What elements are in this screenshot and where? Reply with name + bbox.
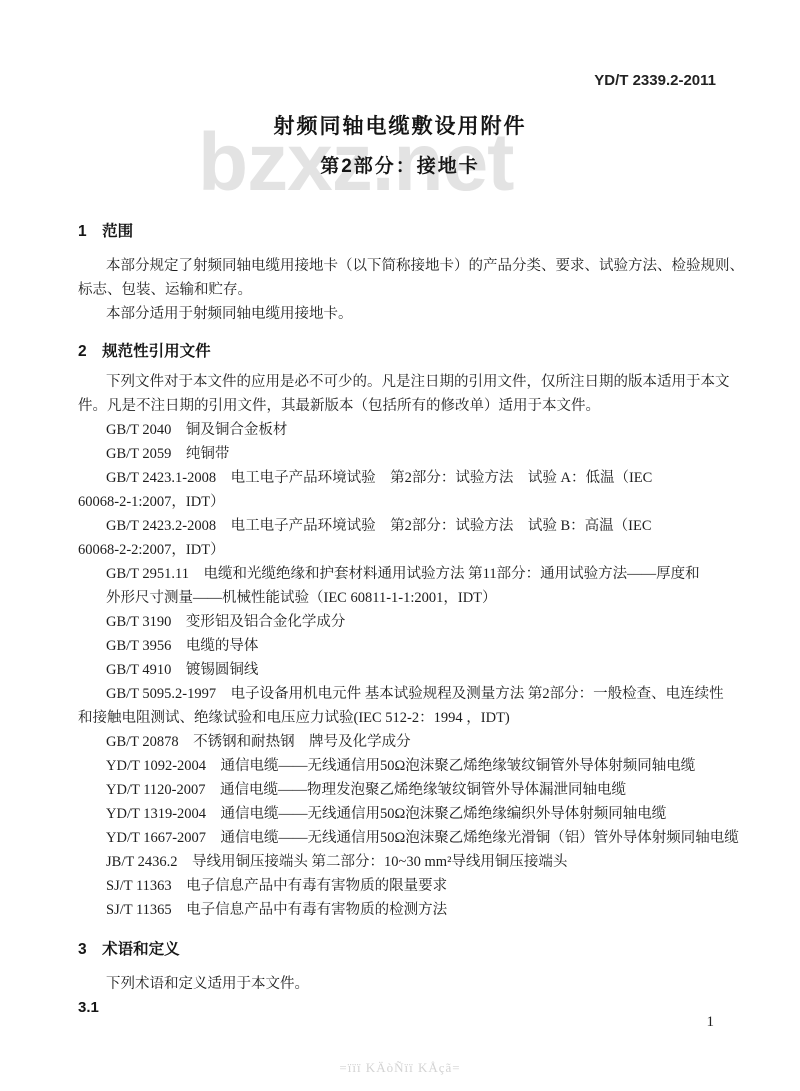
document-title: 射频同轴电缆敷设用附件 — [0, 110, 800, 140]
reference-line: 60068-2-1:2007，IDT） — [78, 490, 730, 514]
section-3-heading: 3 术语和定义 — [78, 938, 730, 962]
section-1-heading: 1 范围 — [78, 220, 730, 244]
reference-line: 60068-2-2:2007，IDT） — [78, 538, 730, 562]
reference-line: GB/T 4910 镀锡圆铜线 — [78, 658, 730, 682]
body-text-line: 下列文件对于本文件的应用是必不可少的。凡是注日期的引用文件，仅所注日期的版本适用… — [78, 370, 730, 394]
reference-line: GB/T 2423.1-2008 电工电子产品环境试验 第2部分：试验方法 试验… — [78, 466, 730, 490]
reference-line: GB/T 20878 不锈钢和耐热钢 牌号及化学成分 — [78, 730, 730, 754]
section-2-intro: 下列文件对于本文件的应用是必不可少的。凡是注日期的引用文件，仅所注日期的版本适用… — [78, 370, 730, 418]
reference-line: 和接触电阻测试、绝缘试验和电压应力试验(IEC 512-2：1994 ，IDT) — [78, 706, 730, 730]
section-1-paragraphs: 本部分规定了射频同轴电缆用接地卡（以下简称接地卡）的产品分类、要求、试验方法、检… — [78, 254, 730, 326]
reference-line: GB/T 3190 变形铝及铝合金化学成分 — [78, 610, 730, 634]
body-text-line: 下列术语和定义适用于本文件。 — [78, 972, 730, 996]
document-page: bzxz.net YD/T 2339.2-2011 射频同轴电缆敷设用附件 第2… — [0, 0, 800, 1091]
document-subtitle: 第2部分：接地卡 — [0, 151, 800, 178]
reference-line: YD/T 1120-2007 通信电缆——物理发泡聚乙烯绝缘皱纹铜管外导体漏泄同… — [78, 778, 730, 802]
body-text-line: 本部分适用于射频同轴电缆用接地卡。 — [78, 302, 730, 326]
body-text-line: 件。凡是不注日期的引用文件，其最新版本（包括所有的修改单）适用于本文件。 — [78, 394, 730, 418]
reference-line: GB/T 2059 纯铜带 — [78, 442, 730, 466]
reference-line: GB/T 3956 电缆的导体 — [78, 634, 730, 658]
document-body: 1 范围 本部分规定了射频同轴电缆用接地卡（以下简称接地卡）的产品分类、要求、试… — [78, 212, 730, 1020]
reference-line: 外形尺寸测量——机械性能试验（IEC 60811-1-1:2001，IDT） — [78, 586, 730, 610]
body-text-line: 本部分规定了射频同轴电缆用接地卡（以下简称接地卡）的产品分类、要求、试验方法、检… — [78, 254, 730, 278]
reference-line: YD/T 1092-2004 通信电缆——无线通信用50Ω泡沫聚乙烯绝缘皱纹铜管… — [78, 754, 730, 778]
reference-line: SJ/T 11365 电子信息产品中有毒有害物质的检测方法 — [78, 898, 730, 922]
footer-watermark: =ïïï KÄòÑïï KÅçã= — [0, 1060, 800, 1076]
body-text-line: 标志、包装、运输和贮存。 — [78, 278, 730, 302]
section-2-heading: 2 规范性引用文件 — [78, 340, 730, 364]
normative-references-list: GB/T 2040 铜及铜合金板材GB/T 2059 纯铜带GB/T 2423.… — [78, 418, 730, 922]
page-number: 1 — [707, 1014, 715, 1031]
standard-code: YD/T 2339.2-2011 — [594, 72, 716, 89]
reference-line: GB/T 2951.11 电缆和光缆绝缘和护套材料通用试验方法 第11部分：通用… — [78, 562, 730, 586]
reference-line: YD/T 1667-2007 通信电缆——无线通信用50Ω泡沫聚乙烯绝缘光滑铜（… — [78, 826, 730, 850]
section-3-paragraphs: 下列术语和定义适用于本文件。3.1 — [78, 972, 730, 1020]
reference-line: JB/T 2436.2 导线用铜压接端头 第二部分：10~30 mm²导线用铜压… — [78, 850, 730, 874]
reference-line: GB/T 2423.2-2008 电工电子产品环境试验 第2部分：试验方法 试验… — [78, 514, 730, 538]
reference-line: GB/T 5095.2-1997 电子设备用机电元件 基本试验规程及测量方法 第… — [78, 682, 730, 706]
body-text-line: 3.1 — [78, 996, 730, 1020]
reference-line: GB/T 2040 铜及铜合金板材 — [78, 418, 730, 442]
reference-line: YD/T 1319-2004 通信电缆——无线通信用50Ω泡沫聚乙烯绝缘编织外导… — [78, 802, 730, 826]
reference-line: SJ/T 11363 电子信息产品中有毒有害物质的限量要求 — [78, 874, 730, 898]
